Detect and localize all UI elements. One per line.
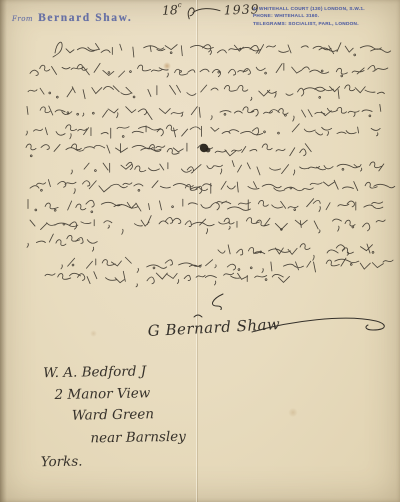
- address-line: Ward Green: [72, 404, 186, 427]
- signature-text: G Bernard Shaw: [147, 315, 280, 340]
- ink-blot: [206, 148, 211, 153]
- signature-block: G Bernard Shaw: [140, 310, 392, 352]
- shorthand-line: [28, 199, 383, 213]
- recipient-address: W. A. Bedford J 2 Manor View Ward Green …: [39, 361, 186, 474]
- address-line: W. A. Bedford J: [43, 361, 185, 385]
- valediction-shorthand-glyph: [209, 294, 223, 310]
- shorthand-body: [0, 0, 400, 310]
- shorthand-line: [27, 104, 381, 121]
- shorthand-line: [53, 42, 391, 57]
- signature-diacritic: [194, 315, 202, 317]
- shorthand-line: [26, 124, 380, 139]
- shorthand-line: [30, 63, 388, 77]
- foxing-spot: [90, 330, 97, 337]
- address-line: near Barnsley: [90, 425, 186, 449]
- shorthand-line: [27, 234, 97, 251]
- shorthand-line: [61, 257, 393, 272]
- shorthand-line: [30, 180, 395, 194]
- address-line: Yorks.: [41, 449, 187, 473]
- shorthand-line: [30, 216, 385, 235]
- shorthand-line: [71, 161, 384, 175]
- shorthand-line: [26, 143, 311, 157]
- foxing-spot: [288, 408, 298, 417]
- address-line: 2 Manor View: [54, 382, 185, 406]
- letter-scan: FromBernard Shaw. 18c 1939 4, WHITEHALL …: [0, 0, 400, 502]
- shorthand-line: [45, 271, 289, 287]
- shorthand-line: [28, 85, 384, 100]
- shorthand-line: [218, 244, 374, 261]
